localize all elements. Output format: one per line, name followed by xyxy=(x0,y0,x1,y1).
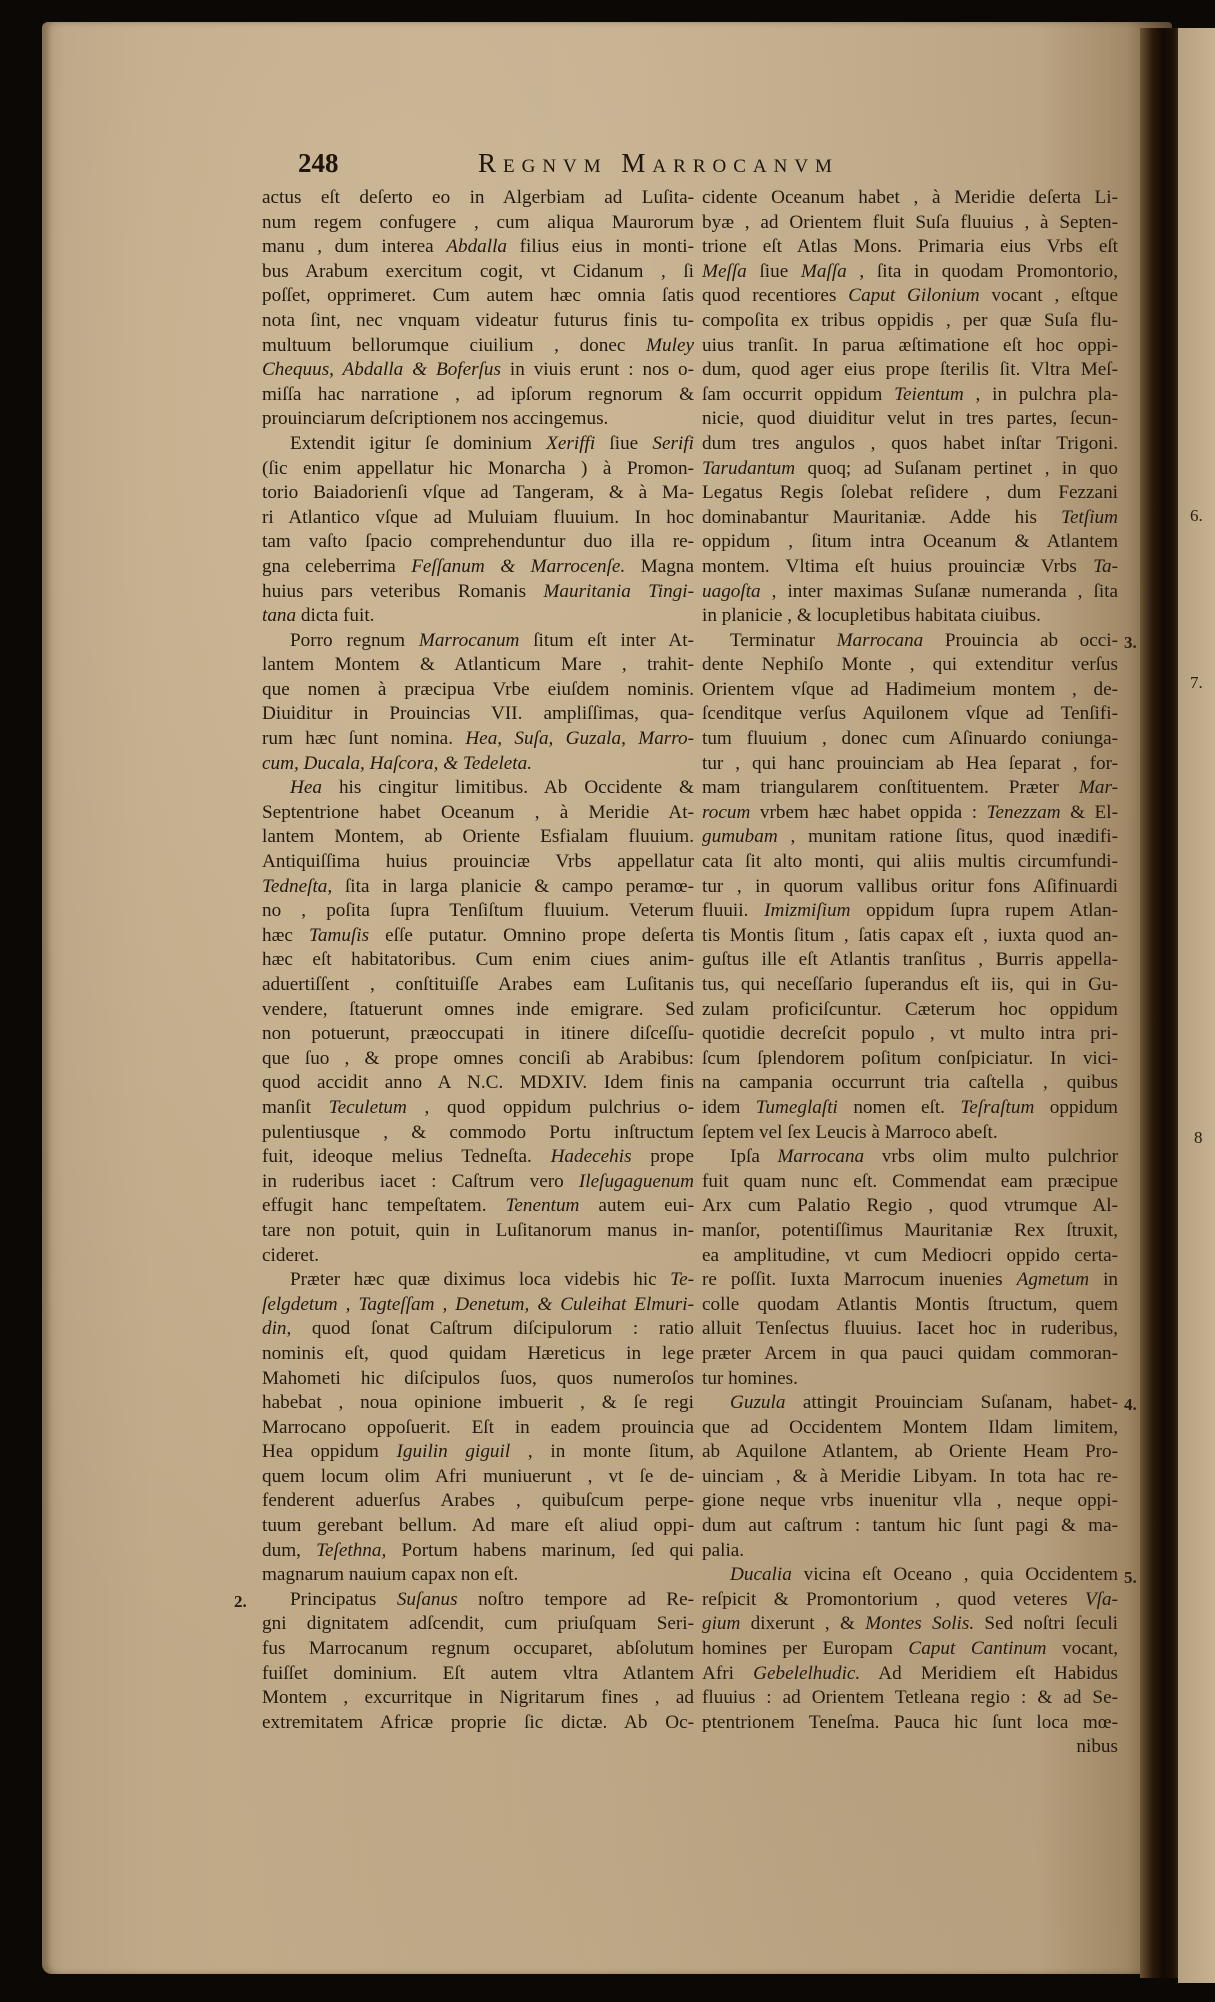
text-run: dum aut caſtrum : tantum hic ſunt pagi &… xyxy=(702,1515,1118,1536)
text-run: ſitum eſt inter At- xyxy=(519,630,694,651)
text-run: Legatus Regis ſolebat reſidere , dum Fez… xyxy=(702,482,1118,503)
italic-proper-name: Marrocana xyxy=(777,1146,864,1167)
margin-section-number: 3. xyxy=(1124,631,1137,656)
text-run: colle quodam Atlantis Montis ſtructum, q… xyxy=(702,1294,1118,1315)
text-run: ſiue xyxy=(747,261,801,282)
text-run: uius tranſit. In parua æſtimatione eſt h… xyxy=(702,335,1118,356)
italic-proper-name: Marrocana xyxy=(837,630,924,651)
text-line: tus, qui neceſſario ſuperandus eſt iis, … xyxy=(702,973,1118,998)
italic-proper-name: din xyxy=(262,1318,287,1339)
text-line: num regem confugere , cum aliqua Mauroru… xyxy=(262,211,694,236)
text-line: Arx cum Palatio Regio , quod vtrumque Al… xyxy=(702,1194,1118,1219)
text-line: ſcenditque verſus Aquilonem vſque ad Ten… xyxy=(702,702,1118,727)
italic-proper-name: gumubam xyxy=(702,826,778,847)
text-run: cidente Oceanum habet , à Meridie deſert… xyxy=(702,187,1118,208)
text-line: dente Nephiſo Monte , qui extenditur ver… xyxy=(702,653,1118,678)
text-line: compoſita ex tribus oppidis , per quæ Su… xyxy=(702,309,1118,334)
italic-proper-name: tana xyxy=(262,605,296,626)
text-line: cideret. xyxy=(262,1244,694,1269)
text-line: dum tres angulos , quos habet inſtar Tri… xyxy=(702,432,1118,457)
text-run: (ſic enim appellatur hic Monarcha ) à Pr… xyxy=(262,458,694,479)
text-line: gna celeberrima Feſſanum & Marrocenſe. M… xyxy=(262,555,694,580)
text-run: cata ſit alto monti, qui aliis multis ci… xyxy=(702,851,1118,872)
text-run: fluuius : ad Orientem Tetleana regio : &… xyxy=(702,1687,1118,1708)
text-line: Tedneſta, ſita in larga planicie & campo… xyxy=(262,875,694,900)
text-line: nibus xyxy=(702,1735,1118,1760)
text-run: Porro regnum xyxy=(290,630,419,651)
text-line: ea amplitudine, vt cum Mediocri oppido c… xyxy=(702,1244,1118,1269)
text-run: idem xyxy=(702,1097,756,1118)
text-run: re poſſit. Iuxta Marrocum inuenies xyxy=(702,1269,1017,1290)
text-run: palia. xyxy=(702,1540,744,1561)
text-run: quod accidit anno A N.C. MDXIV. Idem fin… xyxy=(262,1072,694,1093)
text-run: effugit hanc tempeſtatem. xyxy=(262,1195,505,1216)
text-line: fuit quam nunc eſt. Commendat eam præcip… xyxy=(702,1170,1118,1195)
text-run: nicie, quod diuiditur velut in tres part… xyxy=(702,408,1118,429)
text-line: homines per Europam Caput Cantinum vocan… xyxy=(702,1637,1118,1662)
text-line: na campania occurrunt tria caſtella , qu… xyxy=(702,1071,1118,1096)
text-line: tur , in quorum vallibus oritur fons Aſi… xyxy=(702,875,1118,900)
text-line: dum, Teſethna, Portum habens marinum, ſe… xyxy=(262,1539,694,1564)
text-line: Præter hæc quæ diximus loca videbis hic … xyxy=(262,1268,694,1293)
book-gutter xyxy=(1140,28,1182,1978)
text-run: vicina eſt Oceano , quia Occidentem xyxy=(792,1564,1118,1585)
text-run: guſtus ille eſt Atlantis tranſitus , Bur… xyxy=(702,949,1118,970)
text-run: dicta fuit. xyxy=(296,605,374,626)
text-run: vendere, ſtatuerunt omnes inde emigrare.… xyxy=(262,999,694,1020)
text-line: cidente Oceanum habet , à Meridie deſert… xyxy=(702,186,1118,211)
text-line: Chequus, Abdalla & Boferſus in viuis eru… xyxy=(262,358,694,383)
text-line: præter Arcem in qua pauci quidam commora… xyxy=(702,1342,1118,1367)
italic-proper-name: Meſſa xyxy=(702,261,747,282)
text-run: , in pulchra pla- xyxy=(964,384,1118,405)
text-run: & El- xyxy=(1061,802,1118,823)
text-run: homines per Europam xyxy=(702,1638,908,1659)
text-run: dente Nephiſo Monte , qui extenditur ver… xyxy=(702,654,1118,675)
text-line: nominis eſt, quod quidam Hæreticus in le… xyxy=(262,1342,694,1367)
text-line: lantem Montem & Atlanticum Mare , trahit… xyxy=(262,653,694,678)
text-run: dixerunt , & xyxy=(740,1613,865,1634)
text-line: idem Tumeglaſti nomen eſt. Teſraſtum opp… xyxy=(702,1096,1118,1121)
text-run: fluuii. xyxy=(702,900,764,921)
text-line: effugit hanc tempeſtatem. Tenentum autem… xyxy=(262,1194,694,1219)
text-run: trione eſt Atlas Mons. Primaria eius Vrb… xyxy=(702,236,1118,257)
text-line: uius tranſit. In parua æſtimatione eſt h… xyxy=(702,334,1118,359)
text-run: oppidum xyxy=(1034,1097,1118,1118)
margin-section-number: 4. xyxy=(1124,1393,1137,1418)
margin-section-number: 5. xyxy=(1124,1566,1137,1591)
italic-proper-name: Imizmiſium xyxy=(764,900,850,921)
italic-proper-name: uagoſta xyxy=(702,581,761,602)
text-run: que nomen à præcipua Vrbe eiuſdem nomini… xyxy=(262,679,694,700)
text-run: ea amplitudine, vt cum Mediocri oppido c… xyxy=(702,1245,1118,1266)
text-line: fluuius : ad Orientem Tetleana regio : &… xyxy=(702,1686,1118,1711)
text-line: fus Marrocanum regnum occuparet, abſolut… xyxy=(262,1637,694,1662)
text-run: quoq; ad Suſanam pertinet , in quo xyxy=(795,458,1118,479)
text-run: miſſa hac narratione , ad ipſorum regnor… xyxy=(262,384,694,405)
text-run: dum, quod ager eius prope ſterilis ſit. … xyxy=(702,359,1118,380)
text-run: tur , in quorum vallibus oritur fons Aſi… xyxy=(702,876,1118,897)
text-run: Portum habens marinum, ſed qui xyxy=(386,1540,694,1561)
italic-proper-name: Ducalia xyxy=(730,1564,792,1585)
text-run: vocant , eſtque xyxy=(980,285,1118,306)
italic-proper-name: Ta- xyxy=(1093,556,1118,577)
text-line: rum hæc ſunt nomina. Hea, Suſa, Guzala, … xyxy=(262,727,694,752)
text-run: fuit quam nunc eſt. Commendat eam præcip… xyxy=(702,1171,1118,1192)
text-line: hæc Tamuſis eſſe putatur. Omnino prope d… xyxy=(262,924,694,949)
text-run: Præter hæc quæ diximus loca videbis hic xyxy=(290,1269,670,1290)
text-line: re poſſit. Iuxta Marrocum inuenies Agmet… xyxy=(702,1268,1118,1293)
text-line: huius pars veteribus Romanis Mauritania … xyxy=(262,580,694,605)
text-line: habebat , noua opinione imbuerit , & ſe … xyxy=(262,1391,694,1416)
text-line: gium dixerunt , & Montes Solis. Sed noſt… xyxy=(702,1612,1118,1637)
text-run: prouinciarum deſcriptionem nos accingemu… xyxy=(262,408,608,429)
text-run: Diuiditur in Prouincias VII. ampliſſimas… xyxy=(262,703,694,724)
text-run: , quod ſonat Caſtrum diſcipulorum : rati… xyxy=(287,1318,694,1339)
text-run: pulentiusque , & commodo Portu inſtructu… xyxy=(262,1122,694,1143)
text-line: byæ , ad Orientem fluit Suſa fluuius , à… xyxy=(702,211,1118,236)
text-run: Antiquiſſima huius prouinciæ Vrbs appell… xyxy=(262,851,694,872)
italic-proper-name: Teſethna, xyxy=(316,1540,386,1561)
italic-proper-name: Muley xyxy=(646,335,694,356)
text-line: montem. Vltima eſt huius prouinciæ Vrbs … xyxy=(702,555,1118,580)
page-number: 248 xyxy=(298,148,339,179)
italic-proper-name: Caput Cantinum xyxy=(908,1638,1046,1659)
text-line: reſpicit & Promontorium , quod veteres V… xyxy=(702,1588,1118,1613)
text-run: nota ſint, nec vnquam videatur futurus f… xyxy=(262,310,694,331)
text-line: aduertiſſent , conſtituiſſe Arabes eam L… xyxy=(262,973,694,998)
text-line: nicie, quod diuiditur velut in tres part… xyxy=(702,407,1118,432)
italic-proper-name: Guzula xyxy=(730,1392,785,1413)
text-line: torio Baiadorienſi vſque ad Tangeram, & … xyxy=(262,481,694,506)
text-run: dominabantur Mauritaniæ. Adde his xyxy=(702,507,1061,528)
text-run: huius pars veteribus Romanis xyxy=(262,581,543,602)
page-header: 248 Regnvm Marrocanvm xyxy=(298,148,918,188)
text-run: Terminatur xyxy=(730,630,837,651)
text-line: Principatus Suſanus noſtro tempore ad Re… xyxy=(262,1588,694,1613)
text-run: compoſita ex tribus oppidis , per quæ Su… xyxy=(702,310,1118,331)
text-run: magnarum nauium capax non eſt. xyxy=(262,1564,518,1585)
text-line: Porro regnum Marrocanum ſitum eſt inter … xyxy=(262,629,694,654)
text-run: tam vaſto ſpacio comprehenduntur duo ill… xyxy=(262,531,694,552)
italic-proper-name: Gebelelhudic. xyxy=(753,1663,860,1684)
text-run: Marrocano oppoſuerit. Eſt in eadem proui… xyxy=(262,1417,694,1438)
text-line: guſtus ille eſt Atlantis tranſitus , Bur… xyxy=(702,948,1118,973)
adjacent-margin-number: 7. xyxy=(1190,673,1203,693)
text-run: eſſe putatur. Omnino prope deſerta xyxy=(369,925,694,946)
italic-proper-name: gium xyxy=(702,1613,740,1634)
italic-proper-name: Teientum xyxy=(894,384,964,405)
text-line: fuit, ideoque melius Tedneſta. Hadecehis… xyxy=(262,1145,694,1170)
text-run: Montem , excurritque in Nigritarum fines… xyxy=(262,1687,694,1708)
text-run: tuum gerebant bellum. Ad mare eſt aliud … xyxy=(262,1515,694,1536)
italic-proper-name: Te- xyxy=(670,1269,694,1290)
text-line: alluit Tenſectus fluuius. Iacet hoc in r… xyxy=(702,1317,1118,1342)
text-line: ſelgdetum , Tagteſſam , Denetum, & Culei… xyxy=(262,1293,694,1318)
italic-proper-name: ſelgdetum , Tagteſſam , Denetum, & Culei… xyxy=(262,1294,694,1315)
text-run: mam triangularem conſtituentem. Præter xyxy=(702,777,1079,798)
text-line: ab Aquilone Atlantem, ab Oriente Heam Pr… xyxy=(702,1440,1118,1465)
text-line: Mahometi hic diſcipulos ſuos, quos numer… xyxy=(262,1367,694,1392)
text-run: quem locum olim Afri muniuerunt , vt ſe … xyxy=(262,1466,694,1487)
text-run: præter Arcem in qua pauci quidam commora… xyxy=(702,1343,1118,1364)
text-line: Meſſa ſiue Maſſa , ſita in quodam Promon… xyxy=(702,260,1118,285)
text-run: fenderent aduerſus Arabes , quibuſcum pe… xyxy=(262,1490,694,1511)
text-run: manu , dum interea xyxy=(262,236,446,257)
text-run: tur , qui hanc prouinciam ab Hea ſeparat… xyxy=(702,753,1118,774)
italic-proper-name: Tetſium xyxy=(1061,507,1118,528)
text-run: fus Marrocanum regnum occuparet, abſolut… xyxy=(262,1638,694,1659)
italic-proper-name: Tenezzam xyxy=(987,802,1061,823)
text-line: tis Montis ſitum , ſatis capax eſt , iux… xyxy=(702,924,1118,949)
text-run: ab Aquilone Atlantem, ab Oriente Heam Pr… xyxy=(702,1441,1118,1462)
adjacent-margin-number: 8 xyxy=(1194,1128,1203,1148)
text-run: , in monte ſitum, xyxy=(510,1441,694,1462)
text-run: ſeptem vel ſex Leucis à Marroco abeſt. xyxy=(702,1122,998,1143)
text-line: trione eſt Atlas Mons. Primaria eius Vrb… xyxy=(702,235,1118,260)
text-line: manſit Teculetum , quod oppidum pulchriu… xyxy=(262,1096,694,1121)
text-line: tam vaſto ſpacio comprehenduntur duo ill… xyxy=(262,530,694,555)
text-run: tur homines. xyxy=(702,1368,798,1389)
text-line: Legatus Regis ſolebat reſidere , dum Fez… xyxy=(702,481,1118,506)
text-line: tana dicta fuit. xyxy=(262,604,694,629)
text-line: quod accidit anno A N.C. MDXIV. Idem fin… xyxy=(262,1071,694,1096)
text-line: que ſuo , & prope omnes conciſi ab Arabi… xyxy=(262,1047,694,1072)
text-line: magnarum nauium capax non eſt. xyxy=(262,1563,694,1588)
text-run: non potuerunt, præoccupati in itinere di… xyxy=(262,1023,694,1044)
text-run: lantem Montem & Atlanticum Mare , trahit… xyxy=(262,654,694,675)
text-line: pulentiusque , & commodo Portu inſtructu… xyxy=(262,1121,694,1146)
italic-proper-name: Montes Solis. xyxy=(865,1613,974,1634)
text-run: Magna xyxy=(625,556,694,577)
italic-proper-name: Iguilin giguil xyxy=(397,1441,511,1462)
text-run: prope xyxy=(632,1146,694,1167)
text-run: reſpicit & Promontorium , quod veteres xyxy=(702,1589,1085,1610)
text-run: actus eſt deſerto eo in Algerbiam ad Luſ… xyxy=(262,187,694,208)
adjacent-margin-number: 6. xyxy=(1190,506,1203,526)
text-line: quotidie decreſcit populo , vt multo int… xyxy=(702,1022,1118,1047)
text-run: manſit xyxy=(262,1097,329,1118)
text-line: ſam occurrit oppidum Teientum , in pulch… xyxy=(702,383,1118,408)
text-line: dominabantur Mauritaniæ. Adde his Tetſiu… xyxy=(702,506,1118,531)
text-line: oppidum , ſitum intra Oceanum & Atlantem xyxy=(702,530,1118,555)
text-run: hæc eſt habitatoribus. Cum enim ciues an… xyxy=(262,949,694,970)
text-run: in planicie , & locupletibus habitata ci… xyxy=(702,605,1041,626)
italic-proper-name: Caput Gilonium xyxy=(848,285,979,306)
text-run: dum tres angulos , quos habet inſtar Tri… xyxy=(702,433,1118,454)
text-run: bus Arabum exercitum cogit, vt Cidanum ,… xyxy=(262,261,694,282)
text-line: manu , dum interea Abdalla filius eius i… xyxy=(262,235,694,260)
text-line: extremitatem Africæ proprie ſic dictæ. A… xyxy=(262,1711,694,1736)
italic-proper-name: Tarudantum xyxy=(702,458,795,479)
text-line: poſſet, opprimeret. Cum autem hæc omnia … xyxy=(262,284,694,309)
text-run: oppidum , ſitum intra Oceanum & Atlantem xyxy=(702,531,1118,552)
text-run: ſiue xyxy=(595,433,652,454)
text-run: tare non potuit, quin in Luſitanorum man… xyxy=(262,1220,694,1241)
text-run: ſcum ſplendorem poſitum conſpiciatur. In… xyxy=(702,1048,1118,1069)
text-run: quod recentiores xyxy=(702,285,848,306)
text-run: ſita in larga planicie & campo peramœ- xyxy=(332,876,694,897)
text-line: nota ſint, nec vnquam videatur futurus f… xyxy=(262,309,694,334)
text-line: lantem Montem, ab Oriente Esfialam fluui… xyxy=(262,825,694,850)
text-run: Orientem vſque ad Hadimeium montem , de- xyxy=(702,679,1118,700)
italic-proper-name: rocum xyxy=(702,802,750,823)
text-line: quod recentiores Caput Gilonium vocant ,… xyxy=(702,284,1118,309)
text-run: Mahometi hic diſcipulos ſuos, quos numer… xyxy=(262,1368,694,1389)
text-run: cideret. xyxy=(262,1245,319,1266)
italic-proper-name: Tedneſta, xyxy=(262,876,332,897)
text-line: tur homines. xyxy=(702,1367,1118,1392)
text-line: (ſic enim appellatur hic Monarcha ) à Pr… xyxy=(262,457,694,482)
text-line: gumubam , munitam ratione ſitus, quod in… xyxy=(702,825,1118,850)
text-line: cum, Ducala, Haſcora, & Tedeleta. xyxy=(262,752,694,777)
text-run: Prouincia ab occi- xyxy=(923,630,1118,651)
text-line: rocum vrbem hæc habet oppida : Tenezzam … xyxy=(702,801,1118,826)
text-run: tum fluuium , donec cum Aſinuardo coniun… xyxy=(702,728,1118,749)
text-run: no , poſita ſupra Tenſiſtum fluuium. Vet… xyxy=(262,900,694,921)
text-run: , ſita in quodam Promontorio, xyxy=(847,261,1118,282)
italic-proper-name: Mar- xyxy=(1079,777,1118,798)
text-run: vrbem hæc habet oppida : xyxy=(750,802,986,823)
text-line: no , poſita ſupra Tenſiſtum fluuium. Vet… xyxy=(262,899,694,924)
left-text-column: actus eſt deſerto eo in Algerbiam ad Luſ… xyxy=(262,186,694,1735)
text-run: hæc xyxy=(262,925,309,946)
right-text-column: cidente Oceanum habet , à Meridie deſert… xyxy=(702,186,1118,1760)
text-line: dum aut caſtrum : tantum hic ſunt pagi &… xyxy=(702,1514,1118,1539)
italic-proper-name: Maſſa xyxy=(801,261,847,282)
text-line: palia. xyxy=(702,1539,1118,1564)
text-run: fuiſſet dominium. Eſt autem vltra Atlant… xyxy=(262,1663,694,1684)
text-run: in xyxy=(1089,1269,1118,1290)
text-line: que ad Occidentem Montem Ildam limitem, xyxy=(702,1416,1118,1441)
text-line: bus Arabum exercitum cogit, vt Cidanum ,… xyxy=(262,260,694,285)
text-line: Extendit igitur ſe dominium Xeriffi ſiue… xyxy=(262,432,694,457)
text-line: que nomen à præcipua Vrbe eiuſdem nomini… xyxy=(262,678,694,703)
text-line: Guzula attingit Prouinciam Suſanam, habe… xyxy=(702,1391,1118,1416)
text-line: ptentrionem Teneſma. Pauca hic ſunt loca… xyxy=(702,1711,1118,1736)
text-line: hæc eſt habitatoribus. Cum enim ciues an… xyxy=(262,948,694,973)
italic-proper-name: Suſanus xyxy=(397,1589,458,1610)
italic-proper-name: Vſa- xyxy=(1085,1589,1118,1610)
italic-proper-name: Hea, Suſa, Guzala, Marro- xyxy=(465,728,694,749)
text-run: que ad Occidentem Montem Ildam limitem, xyxy=(702,1417,1118,1438)
text-line: multuum bellorumque ciuilium , donec Mul… xyxy=(262,334,694,359)
text-line: ri Atlantico vſque ad Muluiam fluuium. I… xyxy=(262,506,694,531)
text-run: Principatus xyxy=(290,1589,397,1610)
italic-proper-name: Chequus, Abdalla & Boferſus xyxy=(262,359,501,380)
text-run: ri Atlantico vſque ad Muluiam fluuium. I… xyxy=(262,507,694,528)
text-line: Orientem vſque ad Hadimeium montem , de- xyxy=(702,678,1118,703)
adjacent-page: 6. 7. 8 xyxy=(1178,28,1215,1983)
text-line: Ipſa Marrocana vrbs olim multo pulchrior xyxy=(702,1145,1118,1170)
text-line: tum fluuium , donec cum Aſinuardo coniun… xyxy=(702,727,1118,752)
text-line: Tarudantum quoq; ad Suſanam pertinet , i… xyxy=(702,457,1118,482)
text-line: Hea oppidum Iguilin giguil , in monte ſi… xyxy=(262,1440,694,1465)
text-run: quotidie decreſcit populo , vt multo int… xyxy=(702,1023,1118,1044)
text-run: Septentrione habet Oceanum , à Meridie A… xyxy=(262,802,694,823)
text-line: Montem , excurritque in Nigritarum fines… xyxy=(262,1686,694,1711)
text-run: rum hæc ſunt nomina. xyxy=(262,728,465,749)
text-run: tis Montis ſitum , ſatis capax eſt , iux… xyxy=(702,925,1118,946)
running-head: Regnvm Marrocanvm xyxy=(478,148,839,179)
text-run: poſſet, opprimeret. Cum autem hæc omnia … xyxy=(262,285,694,306)
text-run: montem. Vltima eſt huius prouinciæ Vrbs xyxy=(702,556,1093,577)
text-line: cata ſit alto monti, qui aliis multis ci… xyxy=(702,850,1118,875)
text-line: Terminatur Marrocana Prouincia ab occi- xyxy=(702,629,1118,654)
text-run: his cingitur limitibus. Ab Occidente & xyxy=(322,777,694,798)
text-run: num regem confugere , cum aliqua Mauroru… xyxy=(262,212,694,233)
italic-proper-name: Hadecehis xyxy=(551,1146,632,1167)
text-line: Hea his cingitur limitibus. Ab Occidente… xyxy=(262,776,694,801)
italic-proper-name: Teſraſtum xyxy=(960,1097,1034,1118)
text-run: gione neque vrbs inuenitur vlla , neque … xyxy=(702,1490,1118,1511)
text-run: , quod oppidum pulchrius o- xyxy=(407,1097,694,1118)
text-run: in ruderibus iacet : Caſtrum vero xyxy=(262,1171,579,1192)
italic-proper-name: Serifi xyxy=(652,433,694,454)
italic-proper-name: Agmetum xyxy=(1017,1269,1089,1290)
text-line: non potuerunt, præoccupati in itinere di… xyxy=(262,1022,694,1047)
text-line: in planicie , & locupletibus habitata ci… xyxy=(702,604,1118,629)
text-run: attingit Prouinciam Suſanam, habet- xyxy=(785,1392,1118,1413)
text-line: tur , qui hanc prouinciam ab Hea ſeparat… xyxy=(702,752,1118,777)
italic-proper-name: Teculetum xyxy=(329,1097,407,1118)
text-run: Ipſa xyxy=(730,1146,777,1167)
italic-proper-name: Xeriffi xyxy=(546,433,595,454)
text-run: byæ , ad Orientem fluit Suſa fluuius , à… xyxy=(702,212,1118,233)
text-run: Ad Meridiem eſt Habidus xyxy=(860,1663,1118,1684)
text-line: manſor, potentiſſimus Mauritaniæ Rex ſtr… xyxy=(702,1219,1118,1244)
text-run: aduertiſſent , conſtituiſſe Arabes eam L… xyxy=(262,974,694,995)
text-line: in ruderibus iacet : Caſtrum vero Ileſug… xyxy=(262,1170,694,1195)
text-run: Hea oppidum xyxy=(262,1441,397,1462)
text-run: alluit Tenſectus fluuius. Iacet hoc in r… xyxy=(702,1318,1118,1339)
text-run: nibus xyxy=(1076,1736,1118,1757)
text-run: Arx cum Palatio Regio , quod vtrumque Al… xyxy=(702,1195,1118,1216)
text-line: gni dignitatem adſcendit, cum priuſquam … xyxy=(262,1612,694,1637)
text-line: fenderent aduerſus Arabes , quibuſcum pe… xyxy=(262,1489,694,1514)
text-run: ſam occurrit oppidum xyxy=(702,384,894,405)
text-run: fuit, ideoque melius Tedneſta. xyxy=(262,1146,551,1167)
text-line: miſſa hac narratione , ad ipſorum regnor… xyxy=(262,383,694,408)
text-run: Afri xyxy=(702,1663,753,1684)
italic-proper-name: Tumeglaſti xyxy=(756,1097,838,1118)
italic-proper-name: Abdalla xyxy=(446,236,507,257)
text-line: vendere, ſtatuerunt omnes inde emigrare.… xyxy=(262,998,694,1023)
text-run: vrbs olim multo pulchrior xyxy=(864,1146,1118,1167)
text-run: manſor, potentiſſimus Mauritaniæ Rex ſtr… xyxy=(702,1220,1118,1241)
text-run: nomen eſt. xyxy=(838,1097,961,1118)
text-run: ptentrionem Teneſma. Pauca hic ſunt loca… xyxy=(702,1712,1118,1733)
italic-proper-name: Tenentum xyxy=(505,1195,579,1216)
italic-proper-name: Mauritania Tingi- xyxy=(543,581,694,602)
italic-proper-name: Ileſugaguenum xyxy=(579,1171,694,1192)
text-line: ſcum ſplendorem poſitum conſpiciatur. In… xyxy=(702,1047,1118,1072)
text-line: mam triangularem conſtituentem. Præter M… xyxy=(702,776,1118,801)
text-run: gna celeberrima xyxy=(262,556,411,577)
text-line: fluuii. Imizmiſium oppidum ſupra rupem A… xyxy=(702,899,1118,924)
text-run: tus, qui neceſſario ſuperandus eſt iis, … xyxy=(702,974,1118,995)
text-run: lantem Montem, ab Oriente Esfialam fluui… xyxy=(262,826,694,847)
text-run: que ſuo , & prope omnes conciſi ab Arabi… xyxy=(262,1048,694,1069)
italic-proper-name: Feſſanum & Marrocenſe. xyxy=(411,556,625,577)
text-run: ſcenditque verſus Aquilonem vſque ad Ten… xyxy=(702,703,1118,724)
text-line: Antiquiſſima huius prouinciæ Vrbs appell… xyxy=(262,850,694,875)
text-line: quem locum olim Afri muniuerunt , vt ſe … xyxy=(262,1465,694,1490)
text-line: uagoſta , inter maximas Suſanæ numeranda… xyxy=(702,580,1118,605)
text-line: gione neque vrbs inuenitur vlla , neque … xyxy=(702,1489,1118,1514)
text-line: actus eſt deſerto eo in Algerbiam ad Luſ… xyxy=(262,186,694,211)
text-line: Septentrione habet Oceanum , à Meridie A… xyxy=(262,801,694,826)
